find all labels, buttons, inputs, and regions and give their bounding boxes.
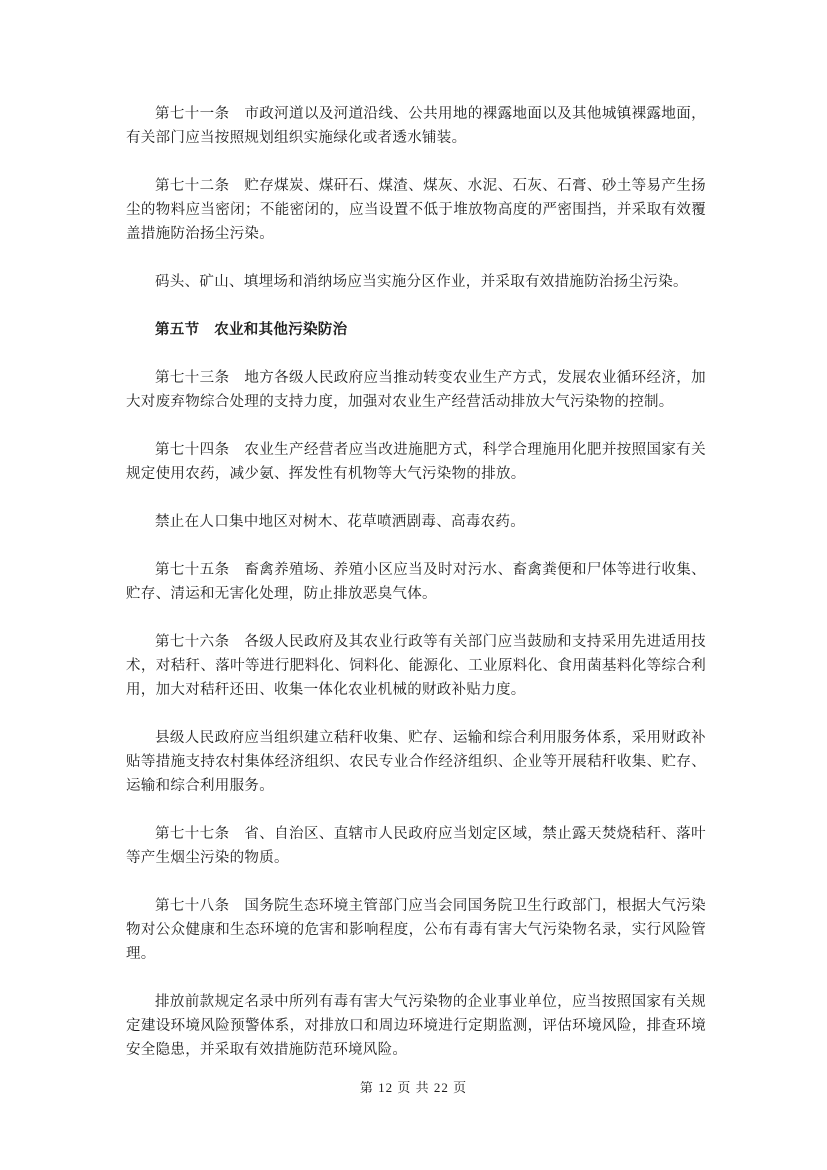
- article-76-paragraph: 第七十六条 各级人民政府及其农业行政等有关部门应当鼓励和支持采用先进适用技术，对…: [126, 630, 706, 702]
- document-body: 第七十一条 市政河道以及河道沿线、公共用地的裸露地面以及其他城镇裸露地面，有关部…: [126, 102, 706, 1062]
- section-5-heading: 第五节 农业和其他污染防治: [126, 318, 706, 342]
- article-76-subparagraph: 县级人民政府应当组织建立秸秆收集、贮存、运输和综合利用服务体系，采用财政补贴等措…: [126, 726, 706, 798]
- page-number-footer: 第 12 页 共 22 页: [0, 1079, 827, 1097]
- document-page: 第七十一条 市政河道以及河道沿线、公共用地的裸露地面以及其他城镇裸露地面，有关部…: [0, 0, 827, 1170]
- article-77-paragraph: 第七十七条 省、自治区、直辖市人民政府应当划定区域，禁止露天焚烧秸秆、落叶等产生…: [126, 822, 706, 870]
- page-number-label: 第 12 页 共 22 页: [360, 1080, 467, 1095]
- article-74-subparagraph: 禁止在人口集中地区对树木、花草喷洒剧毒、高毒农药。: [126, 510, 706, 534]
- article-78-subparagraph: 排放前款规定名录中所列有毒有害大气污染物的企业事业单位，应当按照国家有关规定建设…: [126, 990, 706, 1062]
- article-78-paragraph: 第七十八条 国务院生态环境主管部门应当会同国务院卫生行政部门，根据大气污染物对公…: [126, 894, 706, 966]
- article-75-paragraph: 第七十五条 畜禽养殖场、养殖小区应当及时对污水、畜禽粪便和尸体等进行收集、贮存、…: [126, 558, 706, 606]
- article-73-paragraph: 第七十三条 地方各级人民政府应当推动转变农业生产方式，发展农业循环经济，加大对废…: [126, 366, 706, 414]
- article-74-paragraph: 第七十四条 农业生产经营者应当改进施肥方式，科学合理施用化肥并按照国家有关规定使…: [126, 438, 706, 486]
- article-71-paragraph: 第七十一条 市政河道以及河道沿线、公共用地的裸露地面以及其他城镇裸露地面，有关部…: [126, 102, 706, 150]
- article-72-subparagraph: 码头、矿山、填埋场和消纳场应当实施分区作业，并采取有效措施防治扬尘污染。: [126, 270, 706, 294]
- article-72-paragraph: 第七十二条 贮存煤炭、煤矸石、煤渣、煤灰、水泥、石灰、石膏、砂土等易产生扬尘的物…: [126, 174, 706, 246]
